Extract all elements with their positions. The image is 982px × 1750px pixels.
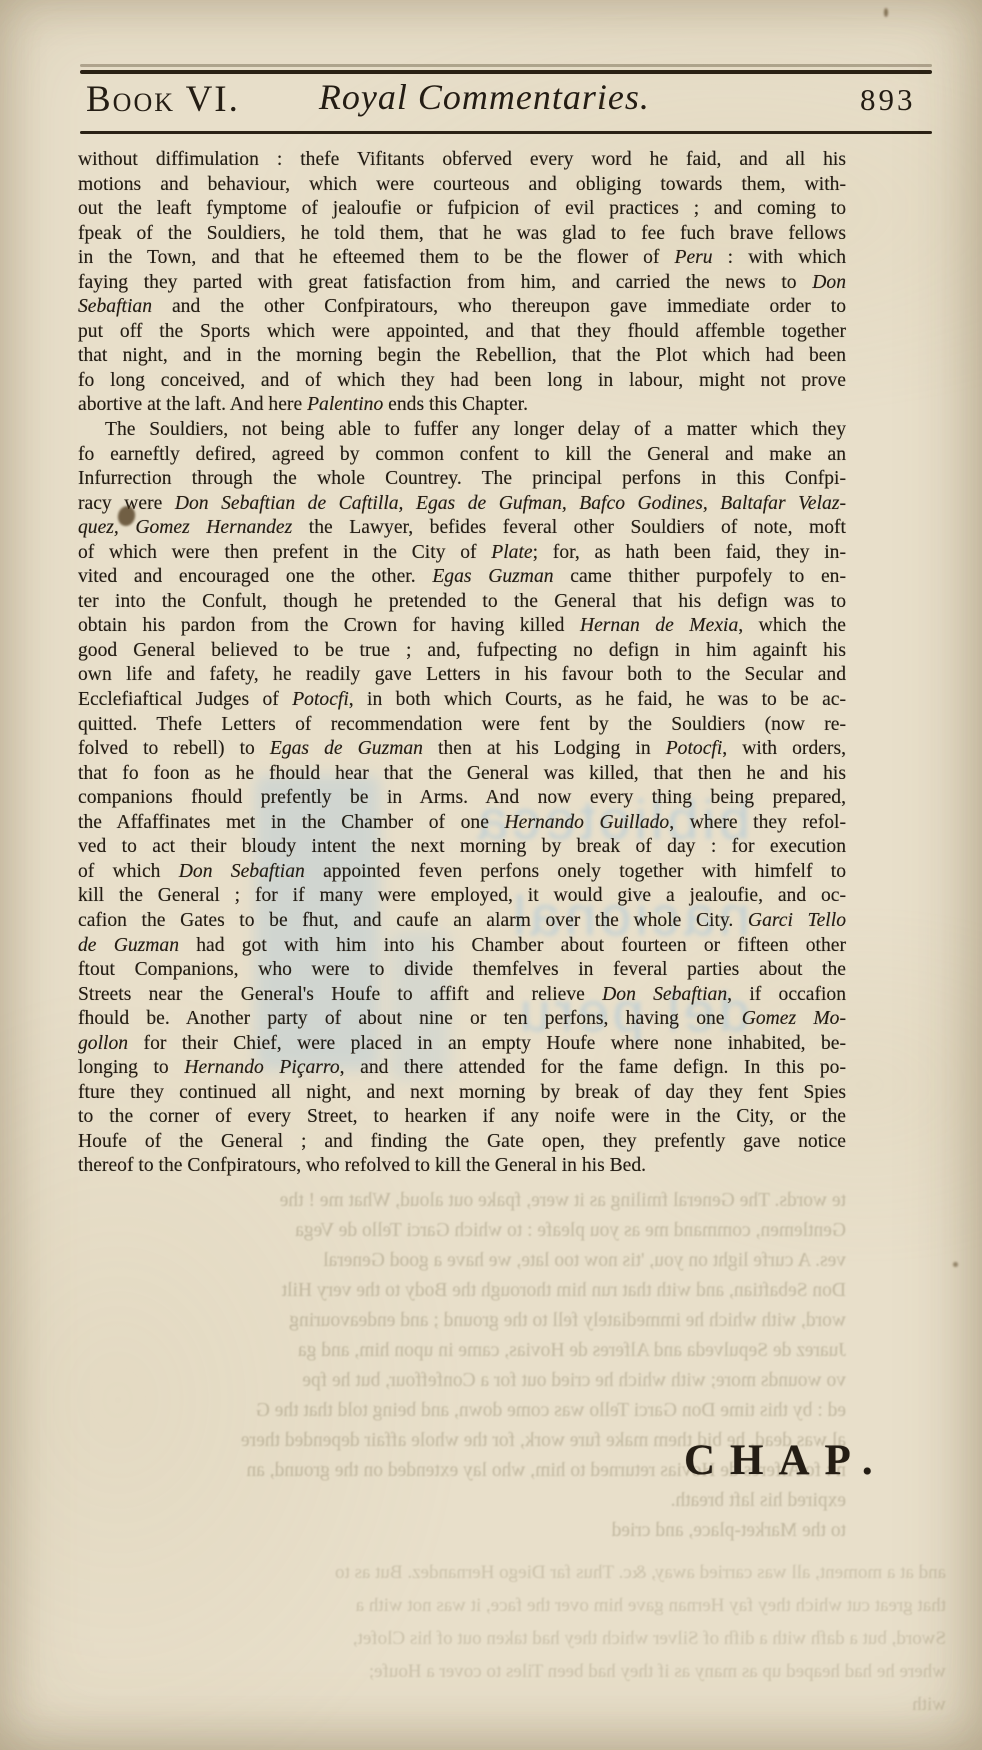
text-line: out the leaft fymptome of jealoufie or f… xyxy=(78,197,846,222)
ghost-line: and at a moment, all was carried away, &… xyxy=(90,1556,946,1589)
text-line: Houfe of the General ; and finding the G… xyxy=(78,1130,846,1155)
text-line: ved to act their bloudy intent the next … xyxy=(78,835,846,860)
ghost-line: to the Market-place, and cried xyxy=(64,1516,846,1546)
ghost-line: word, with which he immediately fell to … xyxy=(64,1306,846,1336)
text-line: in the Town, and that he efteemed them t… xyxy=(78,246,846,271)
text-line: good General believed to be true ; and, … xyxy=(78,639,846,664)
text-line: companions fhould prefently be in Arms. … xyxy=(78,786,846,811)
header-rule-smudge xyxy=(80,64,932,67)
text-line: of which Don Sebaftian appointed feven p… xyxy=(78,860,846,885)
text-line: ftout Companions, who were to divide the… xyxy=(78,958,846,983)
text-line: Infurrection through the whole Countrey.… xyxy=(78,467,846,492)
ghost-line: vo wounds more; with which he cried out … xyxy=(64,1366,846,1396)
header-rule-bottom xyxy=(80,131,932,134)
text-line: de Guzman had got with him into his Cham… xyxy=(78,934,846,959)
text-line: abortive at the laft. And here Palentino… xyxy=(78,393,846,418)
text-line: faying they parted with great fatisfacti… xyxy=(78,271,846,296)
text-line: fture they continued all night, and next… xyxy=(78,1081,846,1106)
page-number: 893 xyxy=(860,82,916,118)
text-line: that fo foon as he fhould hear that the … xyxy=(78,762,846,787)
ghost-line: that great cut which they fay Hernan gav… xyxy=(90,1589,946,1622)
text-line: quez, Gomez Hernandez the Lawyer, befide… xyxy=(78,516,846,541)
text-line: put off the Sports which were appointed,… xyxy=(78,320,846,345)
header-rule-top xyxy=(80,70,932,74)
ghost-line: ves. A curfe light on you, 'tis now too … xyxy=(64,1246,846,1276)
bleedthrough-text-bottom: and at a moment, all was carried away, &… xyxy=(90,1556,946,1721)
text-line: Ecclefiaftical Judges of Potocfi, in bot… xyxy=(78,688,846,713)
text-line: obtain his pardon from the Crown for hav… xyxy=(78,614,846,639)
text-line: longing to Hernando Piçarro, and there a… xyxy=(78,1056,846,1081)
ghost-line: where he had heaped up as many as if the… xyxy=(90,1655,946,1688)
text-line: of which were then prefent in the City o… xyxy=(78,541,846,566)
text-line: fo long conceived, and of which they had… xyxy=(78,369,846,394)
text-line: gollon for their Chief, were placed in a… xyxy=(78,1032,846,1057)
body-text: without diffimulation : thefe Vifitants … xyxy=(78,148,846,1179)
text-line: fhould be. Another party of about nine o… xyxy=(78,1007,846,1032)
text-line: kill the General ; for if many were empl… xyxy=(78,884,846,909)
bleedthrough-text-mid: te words. The General fmiling as it were… xyxy=(64,1186,846,1546)
text-line: vited and encouraged one the other. Egas… xyxy=(78,565,846,590)
page-title: Royal Commentaries. xyxy=(319,76,650,118)
text-line: ter into the Confult, though he pretende… xyxy=(78,590,846,615)
ink-speck xyxy=(953,1262,958,1267)
chap-heading: CHAP. xyxy=(684,1436,888,1485)
text-line: without diffimulation : thefe Vifitants … xyxy=(78,148,846,173)
text-line: to the corner of every Street, to hearke… xyxy=(78,1105,846,1130)
ghost-line: Gentlemen, command me as you pleafe : to… xyxy=(64,1216,846,1246)
text-line: motions and behaviour, which were courte… xyxy=(78,173,846,198)
ghost-line: Juarez de Sepulveda and Alferes de Hovia… xyxy=(64,1336,846,1366)
ghost-line: with xyxy=(90,1688,946,1721)
ink-speck xyxy=(884,8,888,17)
ghost-line: Sword, but a dafh with a difh of Silver … xyxy=(90,1622,946,1655)
book-page: Book VI. Royal Commentaries. 893 bibliot… xyxy=(0,0,982,1750)
ghost-line: ed : by this time Don Garci Tello was co… xyxy=(64,1396,846,1426)
text-line: fpeak of the Souldiers, he told them, th… xyxy=(78,222,846,247)
book-label: Book VI. xyxy=(86,78,240,121)
text-line: folved to rebell) to Egas de Guzman then… xyxy=(78,737,846,762)
text-line: The Souldiers, not being able to fuffer … xyxy=(78,418,846,443)
text-line: that night, and in the morning begin the… xyxy=(78,344,846,369)
text-line: thereof to the Confpiratours, who refolv… xyxy=(78,1154,846,1179)
ghost-line: te words. The General fmiling as it were… xyxy=(64,1186,846,1216)
ghost-line: expired his laft breath. xyxy=(64,1486,846,1516)
text-line: own life and fafety, he readily gave Let… xyxy=(78,663,846,688)
text-line: cafion the Gates to be fhut, and caufe a… xyxy=(78,909,846,934)
text-line: Streets near the General's Houfe to affi… xyxy=(78,983,846,1008)
text-line: racy were Don Sebaftian de Caftilla, Ega… xyxy=(78,492,846,517)
text-line: the Affaffinates met in the Chamber of o… xyxy=(78,811,846,836)
text-line: Sebaftian and the other Confpiratours, w… xyxy=(78,295,846,320)
text-line: fo earneftly defired, agreed by common c… xyxy=(78,443,846,468)
ink-speck xyxy=(600,100,603,107)
text-line: quitted. Thefe Letters of recommendation… xyxy=(78,713,846,738)
ghost-line: Don Sebaftian, and with that run him tho… xyxy=(64,1276,846,1306)
